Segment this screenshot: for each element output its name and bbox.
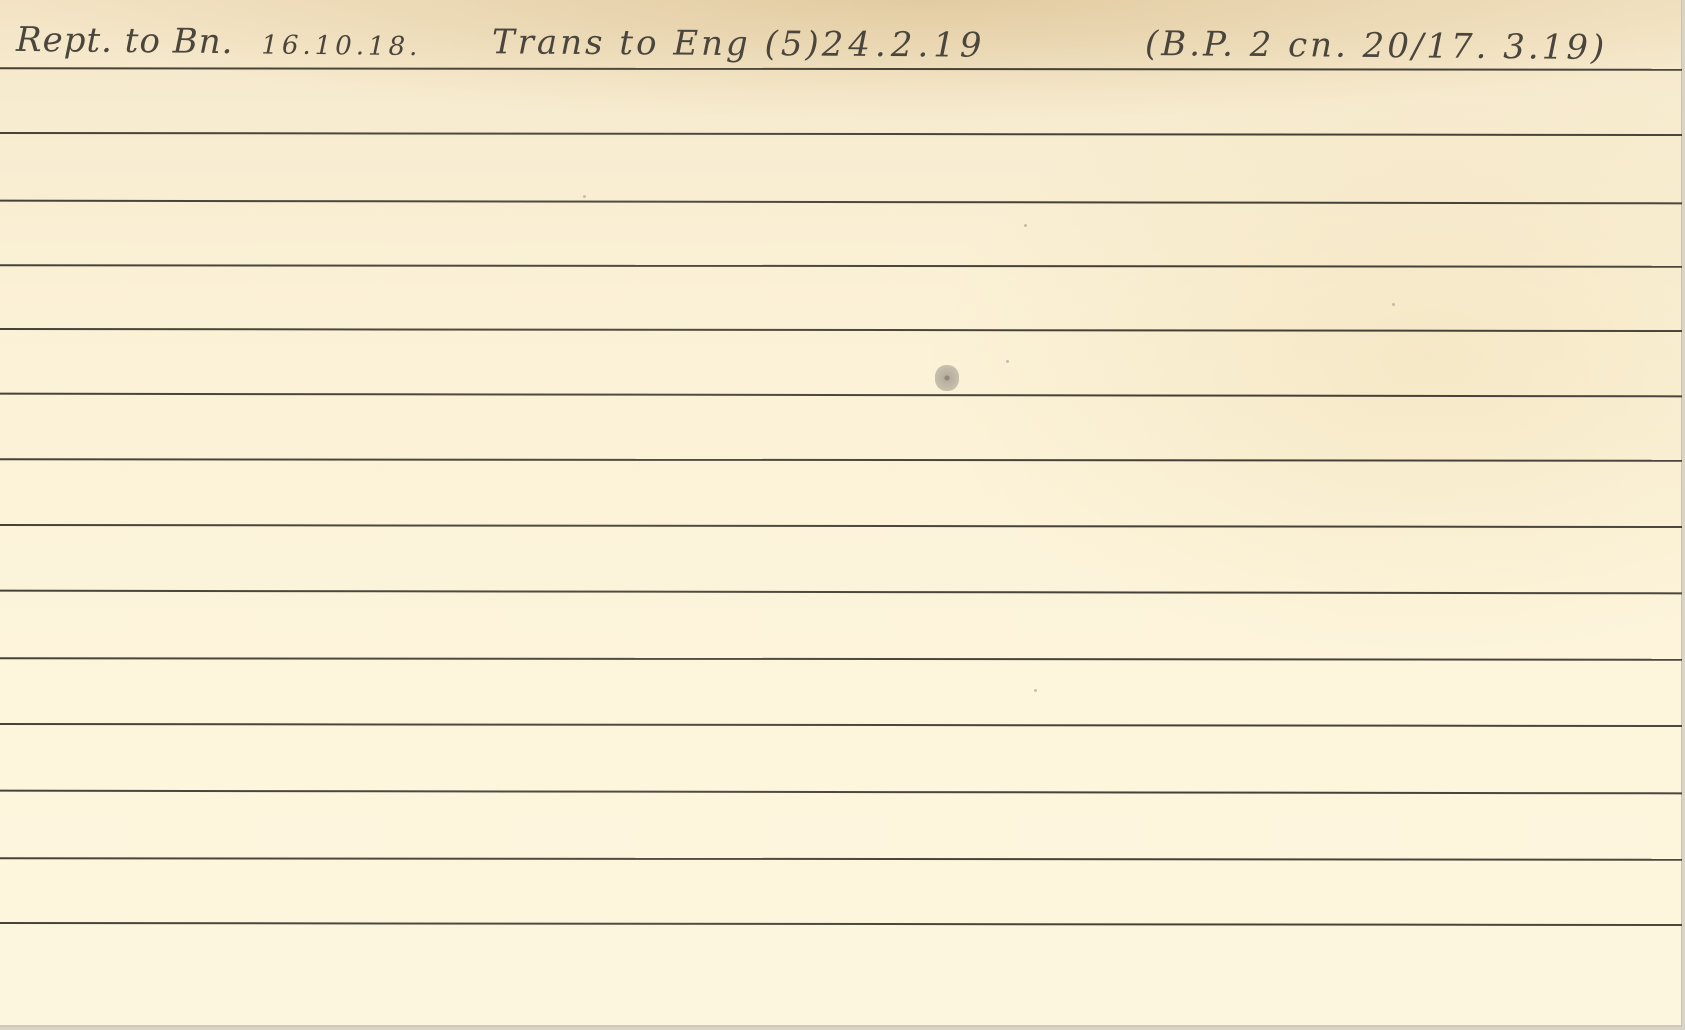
ruled-line <box>0 657 1682 660</box>
paper-speck <box>1006 360 1009 363</box>
ruled-line <box>0 132 1682 136</box>
ruled-line <box>0 264 1682 267</box>
ruled-line <box>0 328 1682 332</box>
paper-speck <box>1034 689 1037 692</box>
entry-text: Rept. to Bn. <box>16 20 234 62</box>
entry-text: (B.P. 2 cn. 20/17. 3.19) <box>1145 24 1608 68</box>
ruled-line <box>0 200 1682 205</box>
ruled-line <box>0 458 1682 461</box>
ruled-line <box>0 393 1682 398</box>
ruled-line <box>0 857 1682 860</box>
ruled-line <box>0 590 1682 595</box>
ruled-line <box>0 922 1682 926</box>
paper-stain <box>935 365 959 391</box>
handwritten-entry-transferred-to-england: Trans to Eng (5)24.2.19 <box>492 22 987 65</box>
index-card: Rept. to Bn.16.10.18. Trans to Eng (5)24… <box>0 0 1682 1027</box>
ruled-line <box>0 524 1682 528</box>
ruled-line <box>0 723 1682 727</box>
handwritten-entry-reported-to-battalion: Rept. to Bn.16.10.18. <box>16 20 422 64</box>
paper-speck <box>583 195 586 198</box>
paper-speck <box>1024 224 1027 227</box>
paper-speck <box>1392 303 1395 306</box>
entry-text: Trans to Eng (5) <box>492 22 822 64</box>
handwritten-entry-reference-note: (B.P. 2 cn. 20/17. 3.19) <box>1145 24 1608 68</box>
entry-date: 24.2.19 <box>822 25 987 66</box>
ruled-line <box>0 67 1682 70</box>
ruled-line <box>0 790 1682 795</box>
entry-date: 16.10.18. <box>261 30 421 62</box>
